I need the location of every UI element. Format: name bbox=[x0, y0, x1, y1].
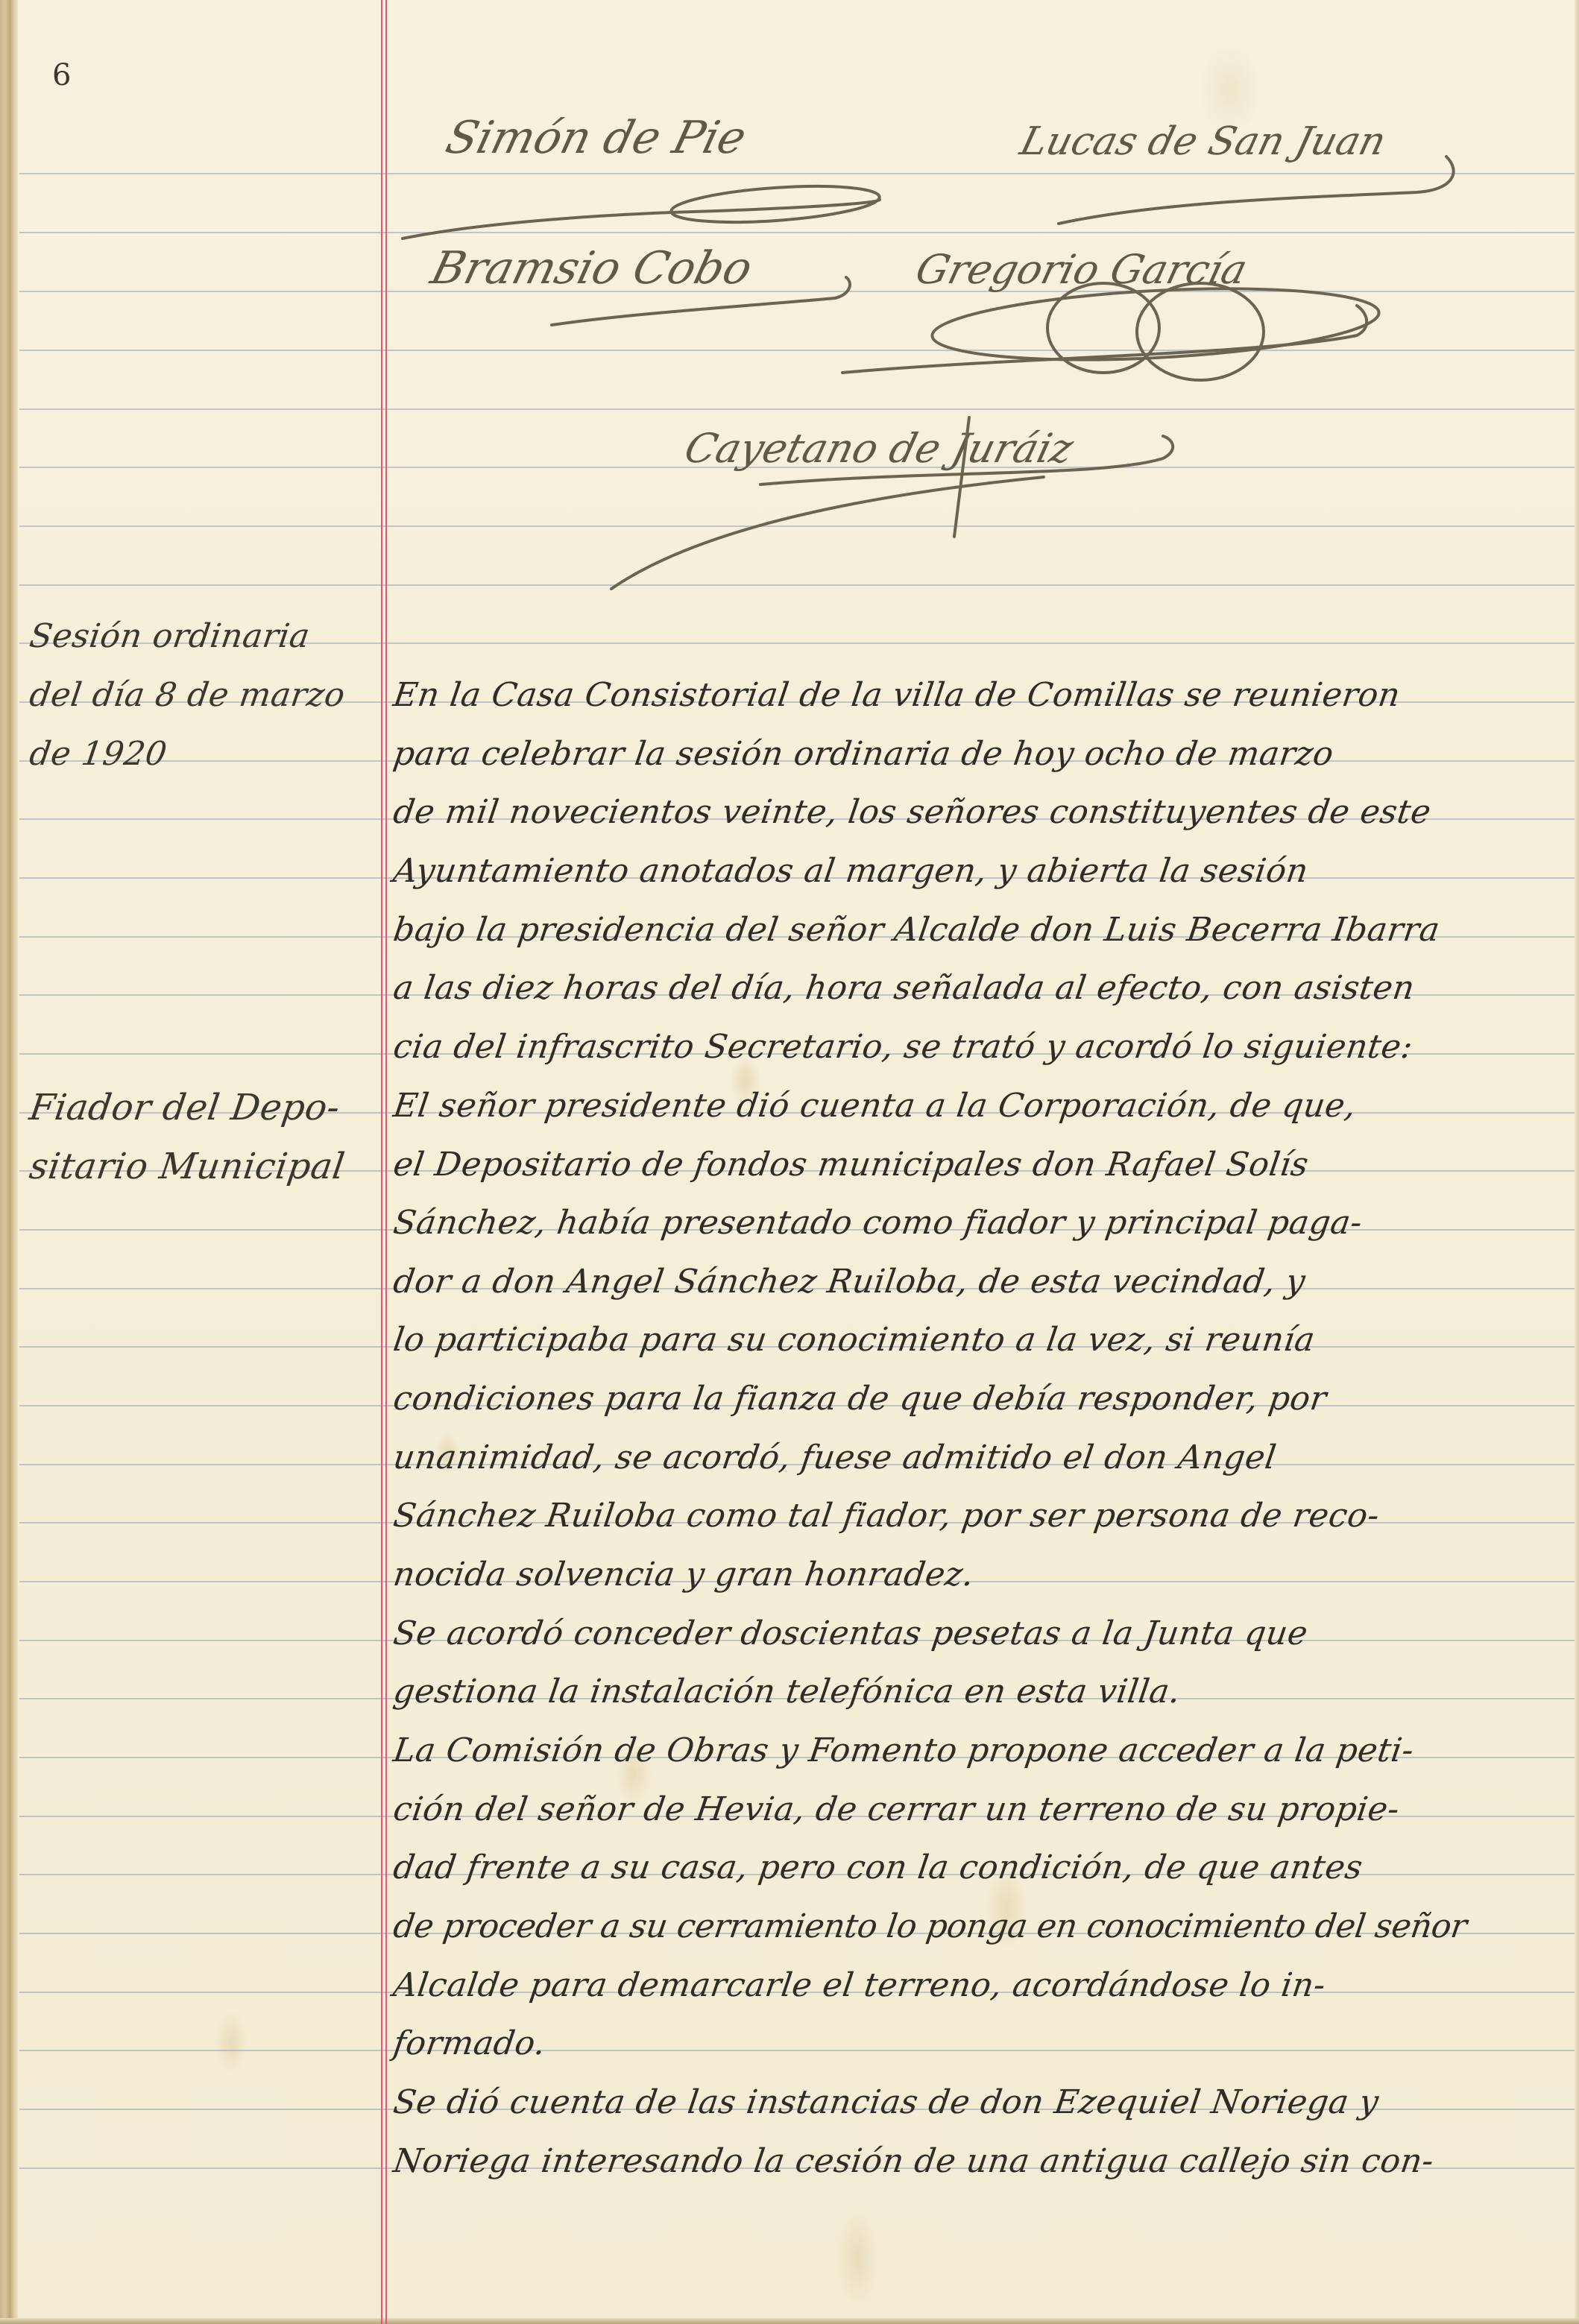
body-line: condiciones para la fianza de que debía … bbox=[391, 1380, 1329, 1418]
body-line: de proceder a su cerramiento lo ponga en… bbox=[391, 1907, 1469, 1945]
body-line: En la Casa Consistorial de la villa de C… bbox=[391, 676, 1402, 714]
page-bottom-edge bbox=[0, 2318, 1579, 2324]
body-line: bajo la presidencia del señor Alcalde do… bbox=[391, 911, 1442, 949]
ledger-page: 6 Simón de Pie Lucas de San Juan Bramsio… bbox=[0, 0, 1579, 2324]
body-line: lo participaba para su conocimiento a la… bbox=[391, 1321, 1317, 1359]
body-line: Se dió cuenta de las instancias de don E… bbox=[391, 2083, 1381, 2121]
body-line: formado. bbox=[391, 2024, 548, 2062]
body-line: nocida solvencia y gran honradez. bbox=[391, 1556, 976, 1594]
body-line: ción del señor de Hevia, de cerrar un te… bbox=[391, 1790, 1402, 1828]
body-line: Sánchez Ruiloba como tal fiador, por ser… bbox=[391, 1497, 1381, 1535]
margin-note-session-year: de 1920 bbox=[27, 735, 169, 773]
body-line: Alcalde para demarcarle el terreno, acor… bbox=[391, 1966, 1328, 2004]
body-line: cia del infrascrito Secretario, se trató… bbox=[391, 1028, 1415, 1066]
margin-note-session-title: Sesión ordinaria bbox=[27, 617, 312, 655]
signature-flourishes bbox=[0, 0, 1579, 596]
body-line: dor a don Angel Sánchez Ruiloba, de esta… bbox=[391, 1263, 1308, 1301]
body-line: Noriega interesando la cesión de una ant… bbox=[391, 2142, 1436, 2180]
body-line: unanimidad, se acordó, fuese admitido el… bbox=[391, 1439, 1279, 1477]
body-line: de mil novecientos veinte, los señores c… bbox=[391, 793, 1433, 831]
body-line: a las diez horas del día, hora señalada … bbox=[391, 969, 1416, 1007]
ruled-line bbox=[19, 2050, 1575, 2051]
body-line: el Depositario de fondos municipales don… bbox=[391, 1146, 1311, 1184]
body-line: La Comisión de Obras y Fomento propone a… bbox=[391, 1731, 1416, 1769]
margin-note-session-date: del día 8 de marzo bbox=[27, 676, 347, 714]
body-line: dad frente a su casa, pero con la condic… bbox=[391, 1848, 1365, 1886]
margin-note-item-fiador: sitario Municipal bbox=[27, 1146, 347, 1187]
body-line: Ayuntamiento anotados al margen, y abier… bbox=[391, 852, 1311, 890]
body-line: El señor presidente dió cuenta a la Corp… bbox=[391, 1087, 1358, 1125]
body-line: Se acordó conceder doscientas pesetas a … bbox=[391, 1614, 1310, 1652]
body-line: gestiona la instalación telefónica en es… bbox=[391, 1673, 1182, 1711]
body-line: para celebrar la sesión ordinaria de hoy… bbox=[391, 735, 1336, 773]
body-line: Sánchez, había presentado como fiador y … bbox=[391, 1204, 1364, 1242]
margin-note-item-fiador: Fiador del Depo- bbox=[27, 1087, 342, 1128]
